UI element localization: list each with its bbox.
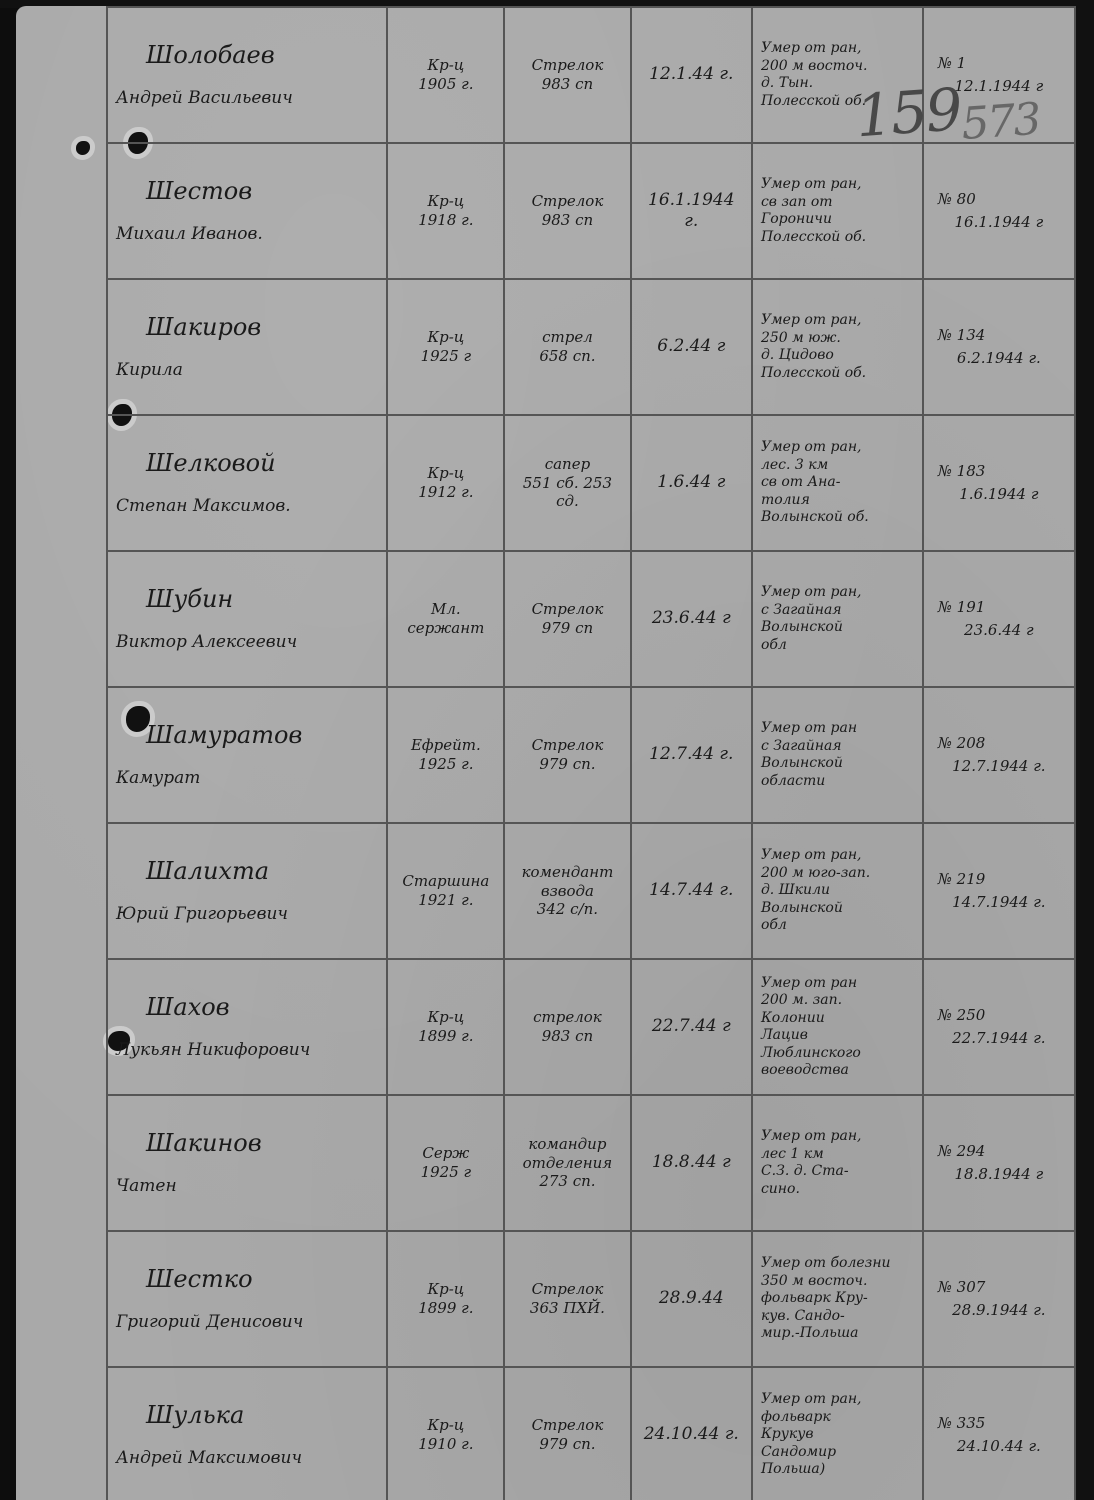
unit: 983 сп xyxy=(513,75,621,94)
death-date-cell: 14.7.44 г. xyxy=(631,823,752,959)
folio-number-stamp: 159573 xyxy=(854,70,1041,158)
name-cell: Шакиров Кирила xyxy=(107,279,387,415)
surname: Шамуратов xyxy=(116,720,378,750)
table-row: Шакиров Кирила Кр-ц 1925 г стрел 658 сп.… xyxy=(107,279,1075,415)
place-line: Умер от ран, xyxy=(761,40,914,58)
burial-place-cell: Умер от ран, лес 1 км С.З. д. Ста- сино. xyxy=(752,1095,923,1231)
place-line: Польша) xyxy=(761,1461,914,1479)
table-row: Шамуратов Камурат Ефрейт. 1925 г. Стрело… xyxy=(107,687,1075,823)
place-line: Крукув xyxy=(761,1426,914,1444)
order-cell: № 191 23.6.44 г xyxy=(923,551,1075,687)
order-date: 18.8.1944 г xyxy=(932,1165,1066,1184)
position: стрелок xyxy=(513,1008,621,1027)
place-line: толия xyxy=(761,492,914,510)
name-cell: Шалихта Юрий Григорьевич xyxy=(107,823,387,959)
place-line: 250 м юж. xyxy=(761,330,914,348)
place-line: Умер от ран, xyxy=(761,1128,914,1146)
unit: 273 сп. xyxy=(513,1172,621,1191)
place-line: Умер от ран, xyxy=(761,176,914,194)
position-cell: стрелок 983 сп xyxy=(504,959,630,1095)
death-date-cell: 22.7.44 г xyxy=(631,959,752,1095)
order-date: 28.9.1944 г. xyxy=(932,1301,1066,1320)
place-line: Полесской об. xyxy=(761,365,914,383)
birth-year: 1905 г. xyxy=(396,75,495,94)
rank: Ефрейт. xyxy=(396,736,495,755)
order-cell: № 307 28.9.1944 г. xyxy=(923,1231,1075,1367)
death-date-cell: 1.6.44 г xyxy=(631,415,752,551)
place-line: обл xyxy=(761,917,914,935)
birth-year: 1925 г xyxy=(396,1163,495,1182)
table-row: Шакинов Чатен Серж 1925 г командир отдел… xyxy=(107,1095,1075,1231)
table-row: Шахов Лукьян Никифорович Кр-ц 1899 г. ст… xyxy=(107,959,1075,1095)
name-cell: Шолобаев Андрей Васильевич xyxy=(107,7,387,143)
death-date-cell: 12.1.44 г. xyxy=(631,7,752,143)
burial-place-cell: Умер от ран, 200 м юго-зап. д. Шкили Вол… xyxy=(752,823,923,959)
order-date: 1.6.1944 г xyxy=(932,485,1066,504)
place-line: обл xyxy=(761,637,914,655)
position-cell: комендант взвода 342 с/п. xyxy=(504,823,630,959)
surname: Шакиров xyxy=(116,312,378,342)
rank-cell: Кр-ц 1912 г. xyxy=(387,415,504,551)
order-number: № 250 xyxy=(932,1006,1066,1025)
place-line: воеводства xyxy=(761,1062,914,1080)
position-cell: Стрелок 979 сп. xyxy=(504,1367,630,1500)
position-cell: Стрелок 983 сп xyxy=(504,143,630,279)
order-number: № 307 xyxy=(932,1278,1066,1297)
place-line: лес. 3 км xyxy=(761,457,914,475)
name-cell: Шамуратов Камурат xyxy=(107,687,387,823)
given-name: Степан Максимов. xyxy=(116,496,378,517)
order-cell: № 335 24.10.44 г. xyxy=(923,1367,1075,1500)
order-cell: № 80 16.1.1944 г xyxy=(923,143,1075,279)
place-line: Волынской xyxy=(761,619,914,637)
death-date-cell: 28.9.44 xyxy=(631,1231,752,1367)
death-date-cell: 6.2.44 г xyxy=(631,279,752,415)
place-line: 200 м юго-зап. xyxy=(761,865,914,883)
place-line: 350 м восточ. xyxy=(761,1273,914,1291)
death-date-cell: 18.8.44 г xyxy=(631,1095,752,1231)
unit: 658 сп. xyxy=(513,347,621,366)
scan-right-edge xyxy=(1076,0,1094,1500)
name-cell: Шестов Михаил Иванов. xyxy=(107,143,387,279)
place-line: д. Цидово xyxy=(761,347,914,365)
rank: Кр-ц xyxy=(396,192,495,211)
rank-cell: Старшина 1921 г. xyxy=(387,823,504,959)
name-cell: Шелковой Степан Максимов. xyxy=(107,415,387,551)
given-name: Камурат xyxy=(116,768,378,789)
rank-cell: Кр-ц 1910 г. xyxy=(387,1367,504,1500)
position: комендант взвода xyxy=(513,863,621,901)
place-line: Умер от ран xyxy=(761,720,914,738)
birth-year: 1925 г xyxy=(396,347,495,366)
burial-place-cell: Умер от ран, фольварк Крукув Сандомир По… xyxy=(752,1367,923,1500)
rank: Кр-ц xyxy=(396,464,495,483)
rank-cell: Ефрейт. 1925 г. xyxy=(387,687,504,823)
order-date: 24.10.44 г. xyxy=(932,1437,1066,1456)
order-date: 6.2.1944 г. xyxy=(932,349,1066,368)
name-cell: Шестко Григорий Денисович xyxy=(107,1231,387,1367)
position-cell: командир отделения 273 сп. xyxy=(504,1095,630,1231)
burial-place-cell: Умер от ран с Загайная Волынской области xyxy=(752,687,923,823)
surname: Шестко xyxy=(116,1264,378,1294)
order-number: № 219 xyxy=(932,870,1066,889)
given-name: Михаил Иванов. xyxy=(116,224,378,245)
birth-year: 1899 г. xyxy=(396,1299,495,1318)
rank: Серж xyxy=(396,1144,495,1163)
unit: 342 с/п. xyxy=(513,900,621,919)
register-page: Шолобаев Андрей Васильевич Кр-ц 1905 г. … xyxy=(16,6,1076,1500)
burial-place-cell: Умер от ран 200 м. зап. Колонии Лацив Лю… xyxy=(752,959,923,1095)
rank-cell: Кр-ц 1905 г. xyxy=(387,7,504,143)
surname: Шестов xyxy=(116,176,378,206)
place-line: Умер от ран, xyxy=(761,584,914,602)
birth-year: 1918 г. xyxy=(396,211,495,230)
burial-place-cell: Умер от болезни 350 м восточ. фольварк К… xyxy=(752,1231,923,1367)
order-number: № 183 xyxy=(932,462,1066,481)
order-number: № 134 xyxy=(932,326,1066,345)
burial-place-cell: Умер от ран, с Загайная Волынской обл xyxy=(752,551,923,687)
rank: Кр-ц xyxy=(396,1280,495,1299)
name-cell: Шакинов Чатен xyxy=(107,1095,387,1231)
order-date: 16.1.1944 г xyxy=(932,213,1066,232)
place-line: Колонии xyxy=(761,1010,914,1028)
place-line: Умер от ран, xyxy=(761,312,914,330)
place-line: Полесской об. xyxy=(761,229,914,247)
rank: Кр-ц xyxy=(396,56,495,75)
name-cell: Шубин Виктор Алексеевич xyxy=(107,551,387,687)
birth-year: 1921 г. xyxy=(396,891,495,910)
rank-cell: Мл. сержант xyxy=(387,551,504,687)
rank: Кр-ц xyxy=(396,1008,495,1027)
rank-cell: Кр-ц 1918 г. xyxy=(387,143,504,279)
order-cell: № 134 6.2.1944 г. xyxy=(923,279,1075,415)
place-line: С.З. д. Ста- xyxy=(761,1163,914,1181)
given-name: Юрий Григорьевич xyxy=(116,904,378,925)
surname: Шолобаев xyxy=(116,40,378,70)
position-cell: Стрелок 983 сп xyxy=(504,7,630,143)
unit: 979 сп. xyxy=(513,755,621,774)
burial-place-cell: Умер от ран, 250 м юж. д. Цидово Полесск… xyxy=(752,279,923,415)
place-line: фольварк Кру- xyxy=(761,1290,914,1308)
birth-year: 1910 г. xyxy=(396,1435,495,1454)
surname: Шалихта xyxy=(116,856,378,886)
place-line: Лацив xyxy=(761,1027,914,1045)
rank-cell: Серж 1925 г xyxy=(387,1095,504,1231)
name-cell: Шахов Лукьян Никифорович xyxy=(107,959,387,1095)
page-number: 573 xyxy=(960,94,1041,150)
death-date-cell: 23.6.44 г xyxy=(631,551,752,687)
given-name: Виктор Алексеевич xyxy=(116,632,378,653)
rank: Старшина xyxy=(396,872,495,891)
given-name: Андрей Максимович xyxy=(116,1448,378,1469)
place-line: мир.-Польша xyxy=(761,1325,914,1343)
place-line: 200 м. зап. xyxy=(761,992,914,1010)
place-line: области xyxy=(761,773,914,791)
name-cell: Шулька Андрей Максимович xyxy=(107,1367,387,1500)
order-cell: № 183 1.6.1944 г xyxy=(923,415,1075,551)
place-line: 200 м восточ. xyxy=(761,58,914,76)
table-row: Шалихта Юрий Григорьевич Старшина 1921 г… xyxy=(107,823,1075,959)
place-line: с Загайная xyxy=(761,738,914,756)
unit: 551 сб. 253 сд. xyxy=(513,474,621,512)
order-number: № 208 xyxy=(932,734,1066,753)
position: Стрелок xyxy=(513,736,621,755)
place-line: Сандомир xyxy=(761,1444,914,1462)
unit: 979 сп xyxy=(513,619,621,638)
given-name: Чатен xyxy=(116,1176,378,1197)
place-line: кув. Сандо- xyxy=(761,1308,914,1326)
place-line: Умер от ран, xyxy=(761,1391,914,1409)
place-line: д. Шкили xyxy=(761,882,914,900)
place-line: лес 1 км xyxy=(761,1146,914,1164)
rank: Кр-ц xyxy=(396,328,495,347)
folio-number: 159 xyxy=(854,75,963,150)
table-row: Шестов Михаил Иванов. Кр-ц 1918 г. Стрел… xyxy=(107,143,1075,279)
given-name: Григорий Денисович xyxy=(116,1312,378,1333)
position: Стрелок xyxy=(513,1416,621,1435)
birth-year: 1925 г. xyxy=(396,755,495,774)
table-row: Шестко Григорий Денисович Кр-ц 1899 г. С… xyxy=(107,1231,1075,1367)
place-line: Волынской об. xyxy=(761,509,914,527)
position: Стрелок xyxy=(513,56,621,75)
position-cell: Стрелок 363 ПХЙ. xyxy=(504,1231,630,1367)
given-name: Кирила xyxy=(116,360,378,381)
place-line: Люблинского xyxy=(761,1045,914,1063)
place-line: Умер от ран, xyxy=(761,439,914,457)
surname: Шубин xyxy=(116,584,378,614)
surname: Шелковой xyxy=(116,448,378,478)
order-number: № 191 xyxy=(932,598,1066,617)
position: Стрелок xyxy=(513,600,621,619)
unit: 979 сп. xyxy=(513,1435,621,1454)
unit: 983 сп xyxy=(513,1027,621,1046)
order-date: 23.6.44 г xyxy=(932,621,1066,640)
place-line: Волынской xyxy=(761,900,914,918)
position-cell: сапер 551 сб. 253 сд. xyxy=(504,415,630,551)
table-row: Шубин Виктор Алексеевич Мл. сержант Стре… xyxy=(107,551,1075,687)
surname: Шахов xyxy=(116,992,378,1022)
rank-cell: Кр-ц 1899 г. xyxy=(387,1231,504,1367)
place-line: с Загайная xyxy=(761,602,914,620)
order-date: 22.7.1944 г. xyxy=(932,1029,1066,1048)
position-cell: Стрелок 979 сп xyxy=(504,551,630,687)
order-number: № 335 xyxy=(932,1414,1066,1433)
position-cell: стрел 658 сп. xyxy=(504,279,630,415)
place-line: св зап от xyxy=(761,194,914,212)
burial-place-cell: Умер от ран, лес. 3 км св от Ана- толия … xyxy=(752,415,923,551)
rank: Мл. xyxy=(396,600,495,619)
birth-year: 1899 г. xyxy=(396,1027,495,1046)
order-number: № 80 xyxy=(932,190,1066,209)
death-date-cell: 24.10.44 г. xyxy=(631,1367,752,1500)
order-cell: № 208 12.7.1944 г. xyxy=(923,687,1075,823)
unit: 983 сп xyxy=(513,211,621,230)
order-number: № 294 xyxy=(932,1142,1066,1161)
place-line: фольварк xyxy=(761,1409,914,1427)
order-date: 12.7.1944 г. xyxy=(932,757,1066,776)
place-line: Волынской xyxy=(761,755,914,773)
position: командир отделения xyxy=(513,1135,621,1173)
position: сапер xyxy=(513,455,621,474)
position: стрел xyxy=(513,328,621,347)
given-name: Лукьян Никифорович xyxy=(116,1040,378,1061)
punch-hole xyxy=(76,141,90,155)
order-cell: № 250 22.7.1944 г. xyxy=(923,959,1075,1095)
birth-year: сержант xyxy=(396,619,495,638)
order-cell: № 219 14.7.1944 г. xyxy=(923,823,1075,959)
death-date-cell: 16.1.1944 г. xyxy=(631,143,752,279)
order-number: № 1 xyxy=(932,54,1066,73)
given-name: Андрей Васильевич xyxy=(116,88,378,109)
place-line: сино. xyxy=(761,1181,914,1199)
place-line: Умер от ран xyxy=(761,975,914,993)
rank: Кр-ц xyxy=(396,1416,495,1435)
order-cell: № 294 18.8.1944 г xyxy=(923,1095,1075,1231)
surname: Шулька xyxy=(116,1400,378,1430)
place-line: св от Ана- xyxy=(761,474,914,492)
burial-place-cell: Умер от ран, св зап от Гороничи Полесско… xyxy=(752,143,923,279)
table-row: Шулька Андрей Максимович Кр-ц 1910 г. Ст… xyxy=(107,1367,1075,1500)
position: Стрелок xyxy=(513,192,621,211)
birth-year: 1912 г. xyxy=(396,483,495,502)
loss-register-table: Шолобаев Андрей Васильевич Кр-ц 1905 г. … xyxy=(106,6,1076,1500)
surname: Шакинов xyxy=(116,1128,378,1158)
order-date: 14.7.1944 г. xyxy=(932,893,1066,912)
rank-cell: Кр-ц 1899 г. xyxy=(387,959,504,1095)
unit: 363 ПХЙ. xyxy=(513,1299,621,1318)
position-cell: Стрелок 979 сп. xyxy=(504,687,630,823)
death-date-cell: 12.7.44 г. xyxy=(631,687,752,823)
place-line: Умер от болезни xyxy=(761,1255,914,1273)
place-line: Умер от ран, xyxy=(761,847,914,865)
rank-cell: Кр-ц 1925 г xyxy=(387,279,504,415)
position: Стрелок xyxy=(513,1280,621,1299)
table-row: Шелковой Степан Максимов. Кр-ц 1912 г. с… xyxy=(107,415,1075,551)
place-line: Гороничи xyxy=(761,211,914,229)
